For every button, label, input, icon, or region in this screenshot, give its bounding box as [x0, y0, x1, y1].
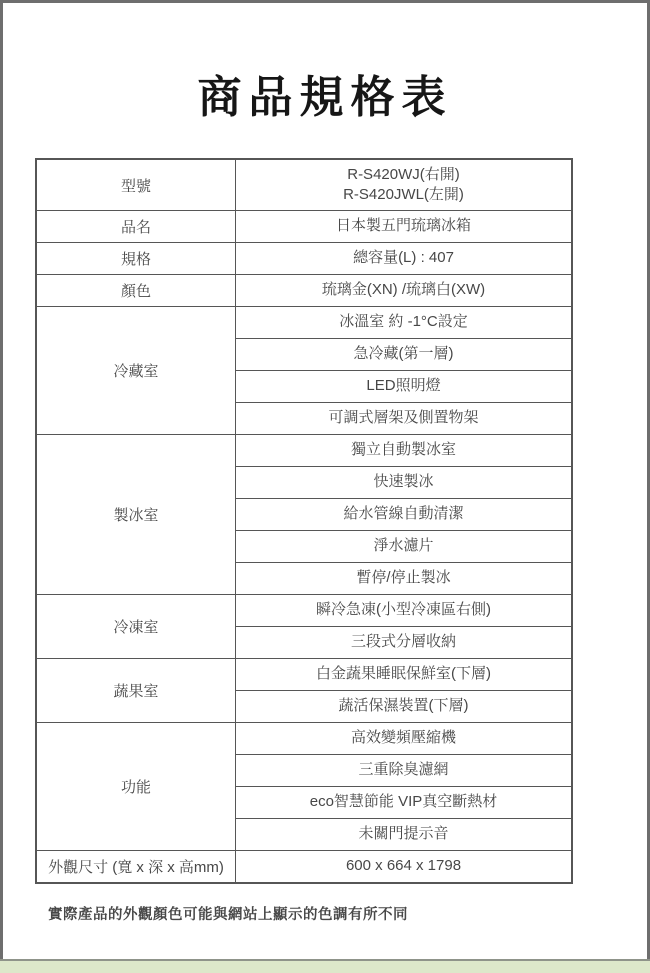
- spec-row: 冷凍室瞬冷急凍(小型冷凍區右側): [36, 595, 572, 627]
- spec-value: 600 x 664 x 1798: [236, 851, 573, 884]
- spec-value: 三段式分層收納: [236, 627, 573, 659]
- spec-table: 型號R-S420WJ(右開) R-S420JWL(左開)品名日本製五門琉璃冰箱規…: [35, 158, 573, 884]
- spec-value: 冰溫室 約 -1°C設定: [236, 307, 573, 339]
- spec-label: 規格: [36, 243, 236, 275]
- page-frame: 商品規格表 型號R-S420WJ(右開) R-S420JWL(左開)品名日本製五…: [0, 0, 650, 959]
- spec-value: 急冷藏(第一層): [236, 339, 573, 371]
- spec-row: 功能高效變頻壓縮機: [36, 723, 572, 755]
- spec-value: 暫停/停止製冰: [236, 563, 573, 595]
- spec-label: 外觀尺寸 (寬 x 深 x 高mm): [36, 851, 236, 884]
- spec-row: 冷藏室冰溫室 約 -1°C設定: [36, 307, 572, 339]
- spec-value: 瞬冷急凍(小型冷凍區右側): [236, 595, 573, 627]
- spec-value: 琉璃金(XN) /琉璃白(XW): [236, 275, 573, 307]
- spec-value: 白金蔬果睡眠保鮮室(下層): [236, 659, 573, 691]
- spec-label: 冷藏室: [36, 307, 236, 435]
- spec-label: 品名: [36, 211, 236, 243]
- spec-value: 蔬活保濕裝置(下層): [236, 691, 573, 723]
- spec-value: 快速製冰: [236, 467, 573, 499]
- spec-value: 總容量(L) : 407: [236, 243, 573, 275]
- spec-value: 淨水濾片: [236, 531, 573, 563]
- page-title: 商品規格表: [3, 74, 647, 122]
- spec-row: 蔬果室白金蔬果睡眠保鮮室(下層): [36, 659, 572, 691]
- spec-label: 製冰室: [36, 435, 236, 595]
- spec-value: 給水管線自動清潔: [236, 499, 573, 531]
- spec-value: 日本製五門琉璃冰箱: [236, 211, 573, 243]
- spec-value: 三重除臭濾網: [236, 755, 573, 787]
- spec-label: 冷凍室: [36, 595, 236, 659]
- bottom-edge-strip: [0, 959, 650, 973]
- spec-value: eco智慧節能 VIP真空斷熱材: [236, 787, 573, 819]
- spec-value: 高效變頻壓縮機: [236, 723, 573, 755]
- spec-label: 蔬果室: [36, 659, 236, 723]
- spec-row: 顏色琉璃金(XN) /琉璃白(XW): [36, 275, 572, 307]
- spec-table-body: 型號R-S420WJ(右開) R-S420JWL(左開)品名日本製五門琉璃冰箱規…: [36, 159, 572, 883]
- spec-label: 功能: [36, 723, 236, 851]
- spec-row: 製冰室獨立自動製冰室: [36, 435, 572, 467]
- spec-value: 可調式層架及側置物架: [236, 403, 573, 435]
- spec-label: 顏色: [36, 275, 236, 307]
- spec-row: 規格總容量(L) : 407: [36, 243, 572, 275]
- spec-row: 外觀尺寸 (寬 x 深 x 高mm)600 x 664 x 1798: [36, 851, 572, 884]
- spec-value: R-S420WJ(右開) R-S420JWL(左開): [236, 159, 573, 211]
- spec-value: 未關門提示音: [236, 819, 573, 851]
- spec-label: 型號: [36, 159, 236, 211]
- spec-value: 獨立自動製冰室: [236, 435, 573, 467]
- spec-row: 品名日本製五門琉璃冰箱: [36, 211, 572, 243]
- spec-row: 型號R-S420WJ(右開) R-S420JWL(左開): [36, 159, 572, 211]
- spec-value: LED照明燈: [236, 371, 573, 403]
- color-disclaimer-note: 實際產品的外觀顏色可能與網站上顯示的色調有所不同: [48, 903, 647, 924]
